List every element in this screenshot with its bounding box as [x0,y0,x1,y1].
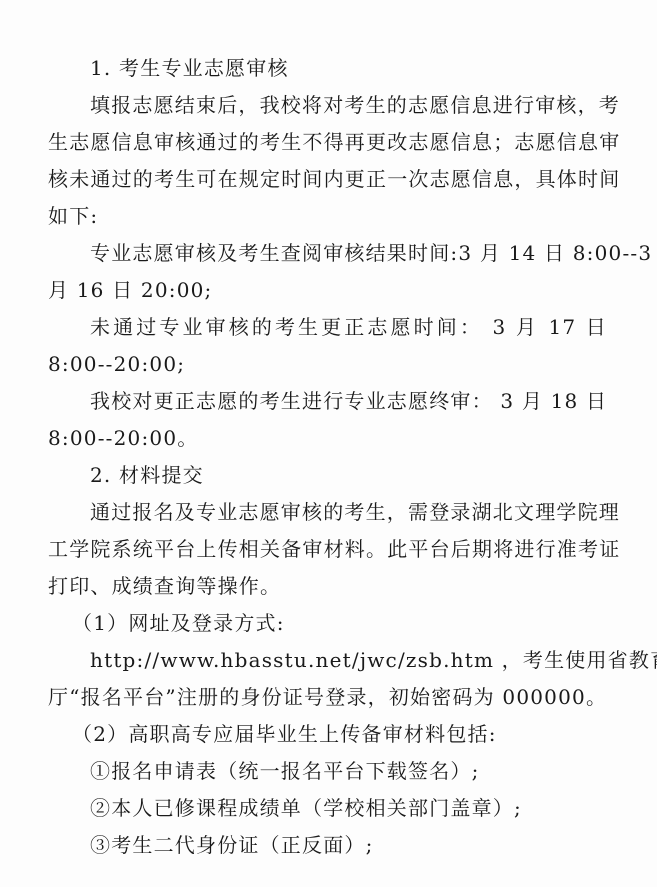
schedule-review-time: 专业志愿审核及考生查阅审核结果时间:3 月 14 日 8:00--3 [90,240,607,266]
schedule-review-time-cont: 月 16 日 20:00; [48,277,213,303]
section1-paragraph-line: 如下: [48,203,98,229]
section1-paragraph-line: 核未通过的考生可在规定时间内更正一次志愿信息，具体时间 [48,166,607,192]
section1-paragraph-line: 填报志愿结束后，我校将对考生的志愿信息进行审核，考 [90,92,607,118]
material-item: ①报名申请表（统一报名平台下载签名）; [90,758,480,784]
section2-paragraph-line: 通过报名及专业志愿审核的考生，需登录湖北文理学院理 [90,499,607,525]
material-item: ③考生二代身份证（正反面）; [90,832,374,858]
section2-heading: 2. 材料提交 [90,462,204,488]
sub2-heading: （2）高职高专应届毕业生上传备审材料包括: [72,721,497,747]
sub1-url-line-rest: ，考生使用省教育 [494,648,657,672]
sub1-url-line: http://www.hbasstu.net/jwc/zsb.htm ，考生使用… [90,647,657,673]
section1-paragraph-line: 生志愿信息审核通过的考生不得再更改志愿信息；志愿信息审 [48,129,607,155]
sub1-login-line: 厅“报名平台”注册的身份证号登录，初始密码为 000000。 [48,684,607,710]
schedule-final-review-cont: 8:00--20:00。 [48,425,198,451]
section2-paragraph-line: 打印、成绩查询等操作。 [48,573,281,599]
section1-heading: 1. 考生专业志愿审核 [90,55,289,81]
schedule-correction-time: 未通过专业审核的考生更正志愿时间： 3 月 17 日 [90,314,607,340]
schedule-final-review: 我校对更正志愿的考生进行专业志愿终审： 3 月 18 日 [90,388,607,414]
material-item: ②本人已修课程成绩单（学校相关部门盖章）; [90,795,522,821]
section2-paragraph-line: 工学院系统平台上传相关备审材料。此平台后期将进行准考证 [48,536,607,562]
document-page: 1. 考生专业志愿审核 填报志愿结束后，我校将对考生的志愿信息进行审核，考 生志… [0,0,657,887]
sub1-heading: （1）网址及登录方式: [72,610,285,636]
platform-url-link[interactable]: http://www.hbasstu.net/jwc/zsb.htm [90,648,494,672]
schedule-correction-time-cont: 8:00--20:00; [48,351,185,377]
